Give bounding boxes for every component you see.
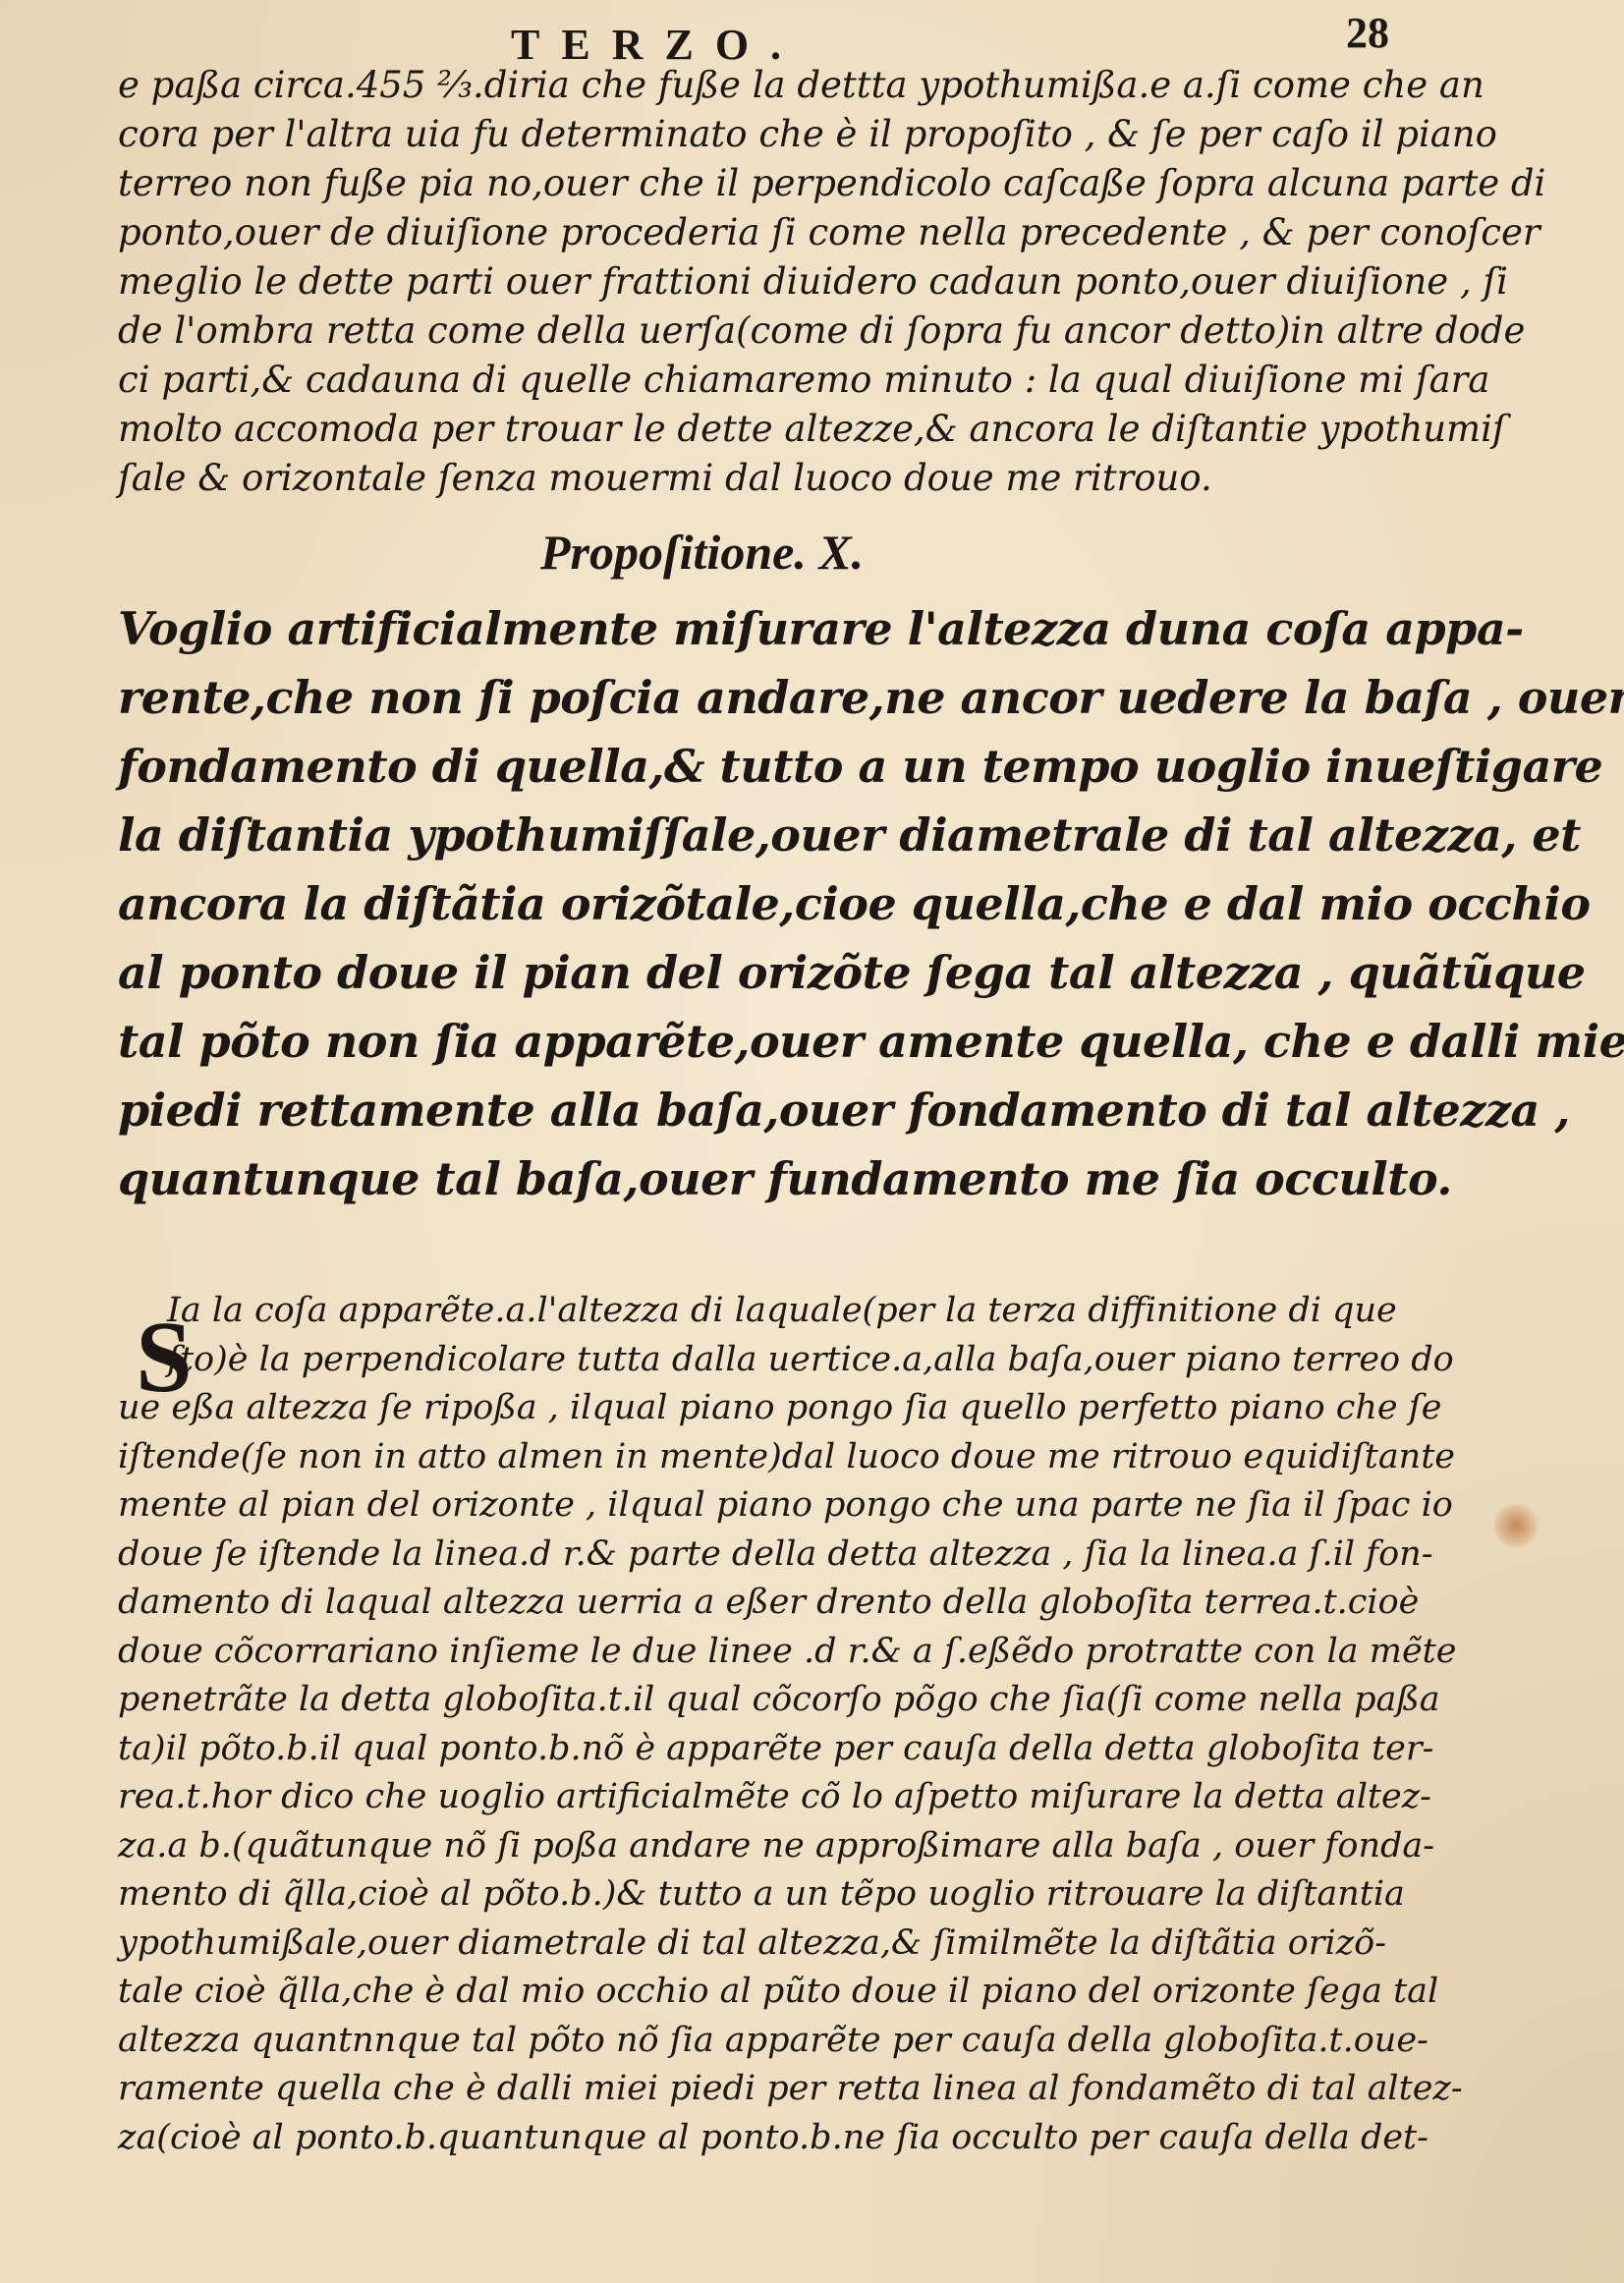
proof-line: damento di laqual altezza uerria a eßer … [118,1579,1405,1628]
text-line: molto accomoda per trouar le dette altez… [118,405,1405,454]
proof-line: tale cioè q̃lla,che è dal mio occhio al … [118,1968,1405,2017]
proof-line: Ia la coſa apparẽte.a.l'altezza di laqua… [118,1287,1405,1336]
text-line: terreo non fuße pia no,ouer che il perpe… [118,159,1405,208]
proof-line: mente al pian del orizonte , ilqual pian… [118,1481,1405,1531]
proof-line: doue cõcorrariano inſieme le due linee .… [118,1628,1405,1677]
statement-line: ancora la diſtãtia orizõtale,cioe quella… [118,869,1405,938]
statement-line: al ponto doue il pian del orizõte ſega t… [118,938,1405,1007]
proof-line: za(cioè al ponto.b.quantunque al ponto.b… [118,2114,1405,2163]
statement-line: rente,che non ſi poſcia andare,ne ancor … [118,663,1405,732]
proposition-heading: Propoſitione. X. [540,524,864,581]
proof-line: ypothumißale,ouer diametrale di tal alte… [118,1920,1405,1969]
text-line: e paßa circa.455 ⅔.diria che fuße la det… [118,61,1405,110]
proof-paragraph: Ia la coſa apparẽte.a.l'altezza di laqua… [118,1287,1405,2162]
proof-line: ſto)è la perpendicolare tutta dalla uert… [118,1336,1405,1385]
text-line: cora per l'altra uia fu determinato che … [118,110,1405,159]
statement-line: piedi rettamente alla baſa,ouer fondamen… [118,1076,1405,1144]
page-number: 28 [1346,8,1389,58]
proof-line: ta)il põto.b.il qual ponto.b.nõ è apparẽ… [118,1725,1405,1774]
proof-line: ue eßa altezza ſe ripoßa , ilqual piano … [118,1384,1405,1433]
statement-line: fondamento di quella,& tutto a un tempo … [118,732,1405,801]
proof-line: mento di q̃lla,cioè al põto.b.)& tutto a… [118,1870,1405,1920]
foxing-stain [1493,1503,1539,1548]
text-line: meglio le dette parti ouer frattioni diu… [118,257,1405,306]
statement-line: Voglio artificialmente miſurare l'altezz… [118,594,1405,663]
proposition-statement: Voglio artificialmente miſurare l'altezz… [118,594,1405,1213]
text-line: ponto,ouer de diuiſione procederia ſi co… [118,208,1405,257]
proof-line: doue ſe iſtende la linea.d r.& parte del… [118,1531,1405,1580]
statement-line: quantunque tal baſa,ouer fundamento me ſ… [118,1144,1405,1213]
proof-line: iſtende(ſe non in atto almen in mente)da… [118,1433,1405,1482]
proof-line: ramente quella che è dalli miei piedi pe… [118,2065,1405,2114]
text-line: ſale & orizontale ſenza mouermi dal luoc… [118,454,1405,503]
statement-line: tal põto non ſia apparẽte,ouer amente qu… [118,1007,1405,1076]
text-line: de l'ombra retta come della uerſa(come d… [118,306,1405,356]
text-line: ci parti,& cadauna di quelle chiamaremo … [118,356,1405,405]
continued-paragraph: e paßa circa.455 ⅔.diria che fuße la det… [118,61,1405,503]
proof-line: za.a b.(quãtunque nõ ſi poßa andare ne a… [118,1822,1405,1871]
proof-line: rea.t.hor dico che uoglio artificialmẽte… [118,1773,1405,1822]
proof-line: altezza quantnnque tal põto nõ ſia appar… [118,2017,1405,2066]
proof-line: penetrãte la detta globoſita.t.il qual c… [118,1676,1405,1725]
statement-line: la diſtantia ypothumiſſale,ouer diametra… [118,801,1405,869]
